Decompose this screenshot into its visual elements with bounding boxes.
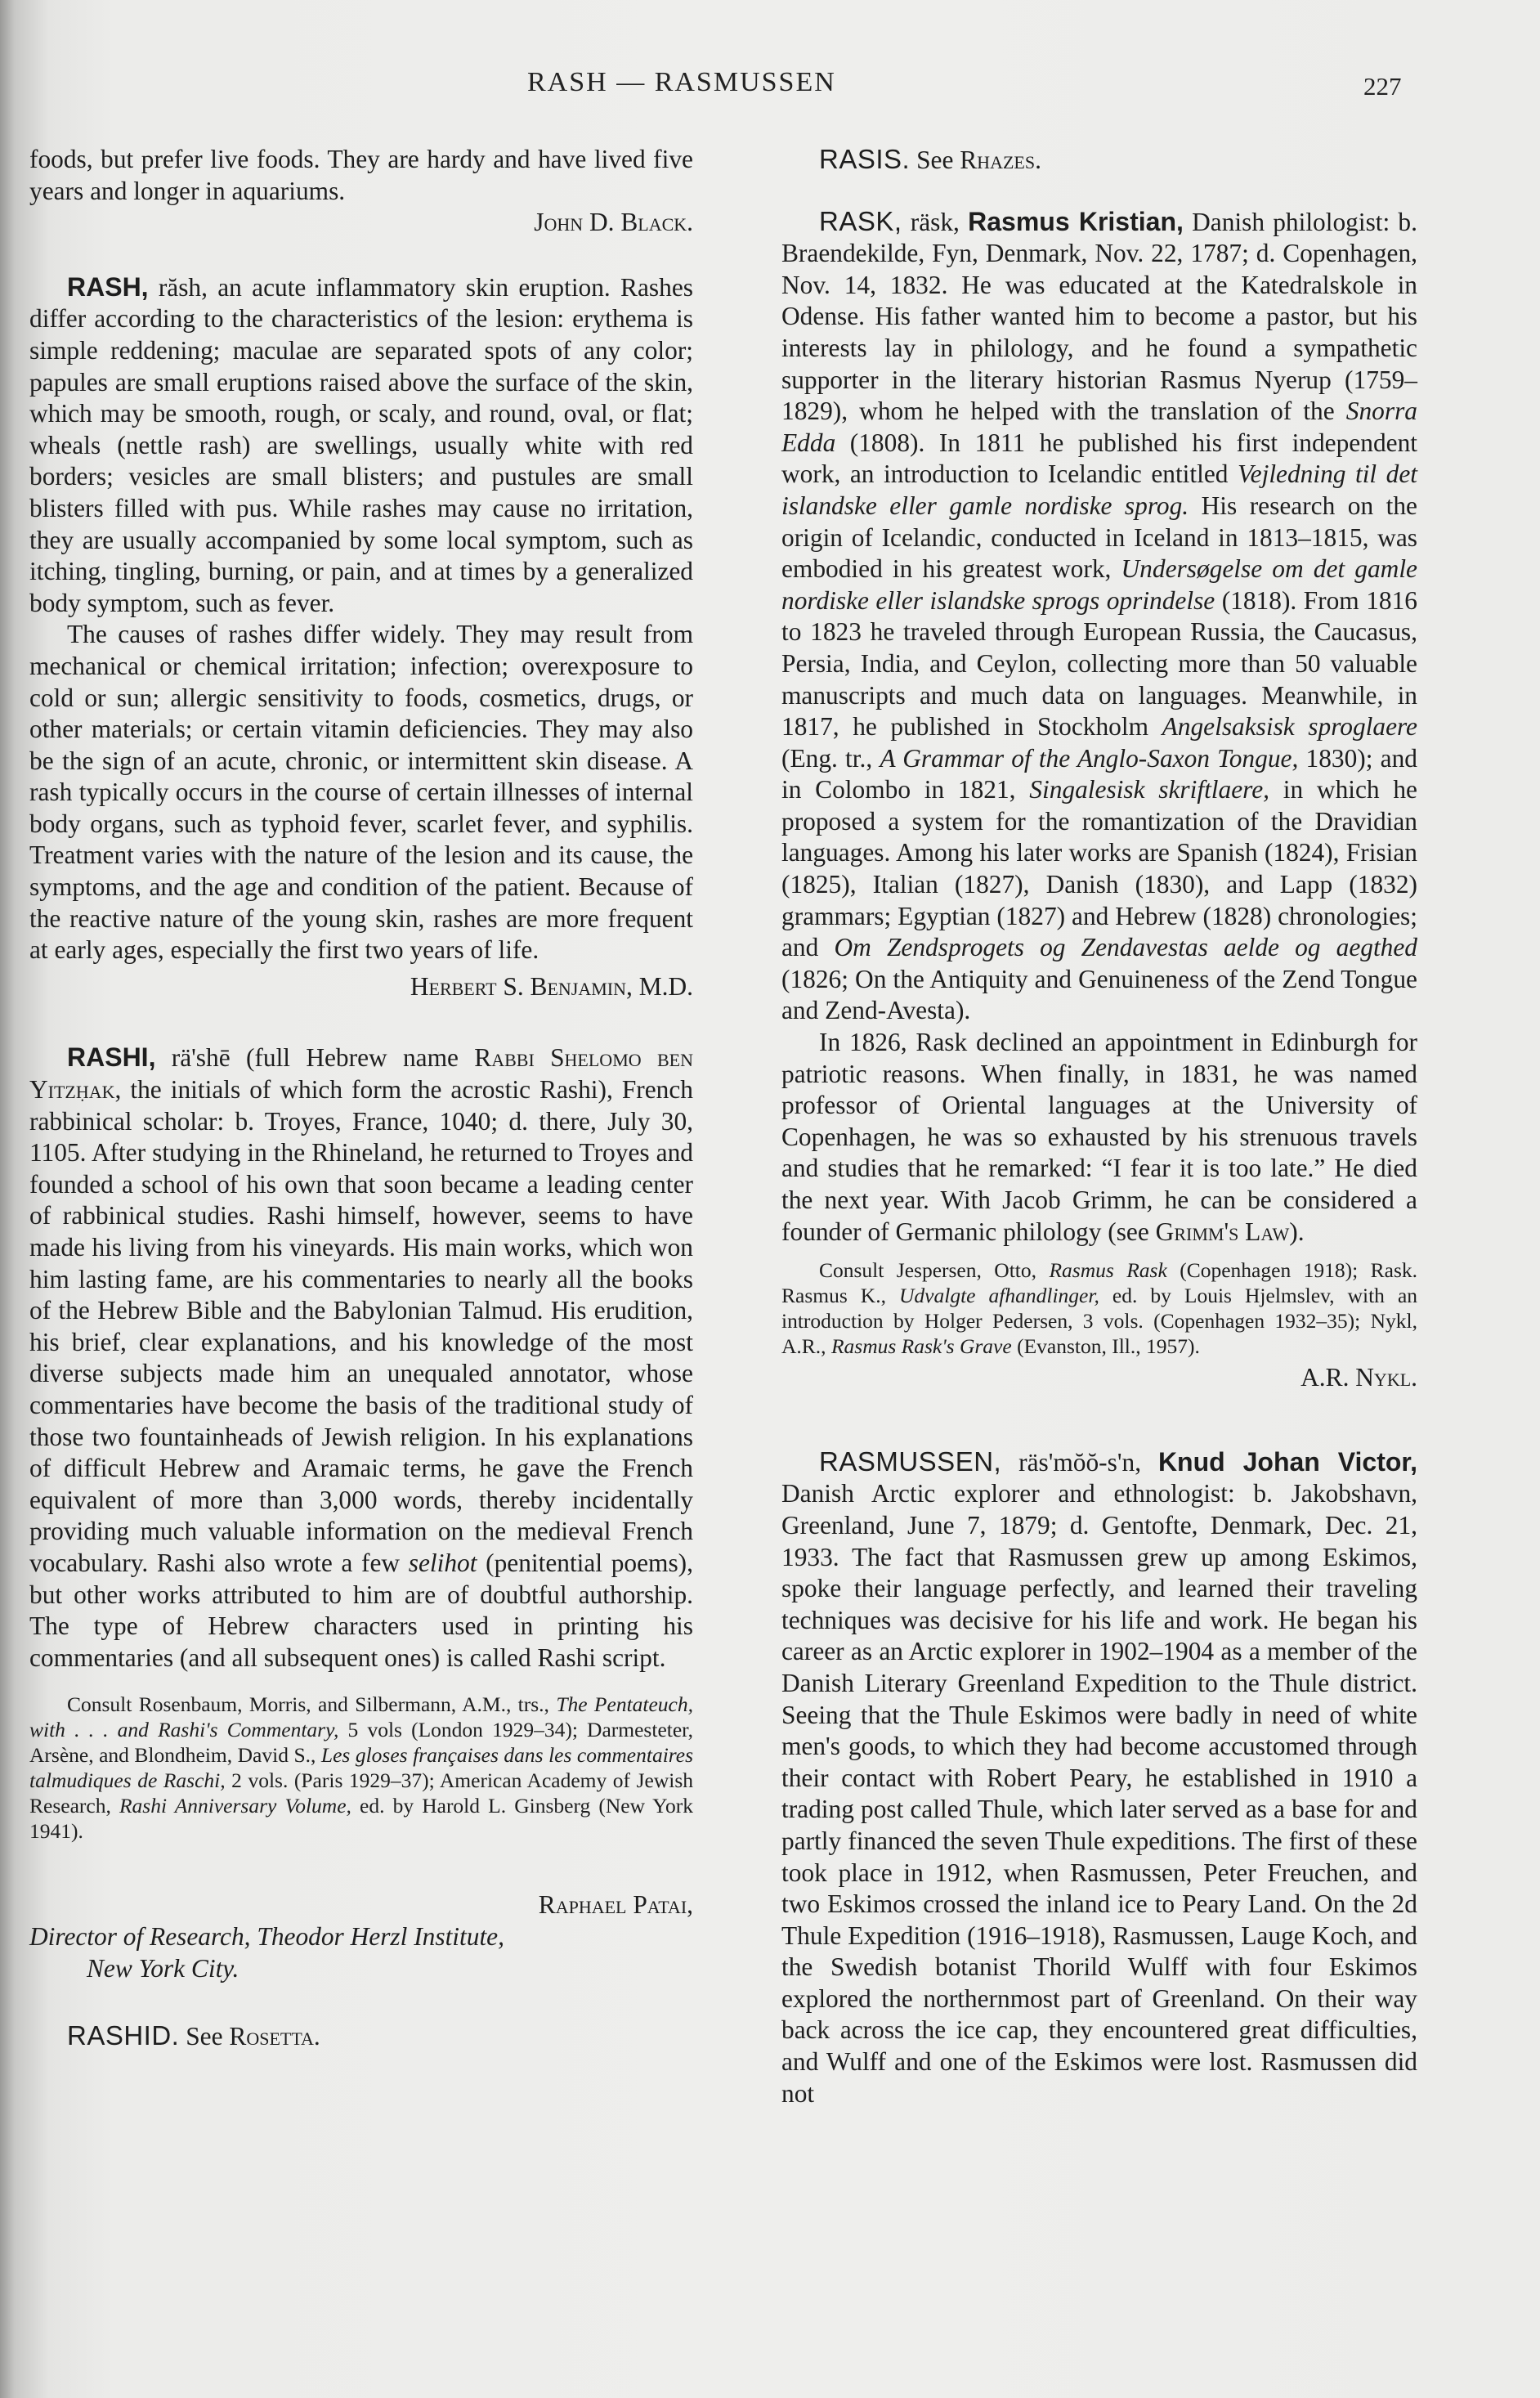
page-number: 227	[1363, 72, 1402, 101]
rash-para-1: an acute inflammatory skin eruption. Ras…	[29, 273, 693, 617]
rashi-para-1: the initials of which form the acrostic …	[29, 1075, 693, 1577]
biblio-text: Consult Jespersen, Otto,	[819, 1258, 1036, 1282]
entry-rask: RASK, räsk, Rasmus Kristian, Danish phil…	[781, 206, 1417, 1027]
pronunciation-rask: räsk,	[911, 208, 960, 236]
headword-rashi: RASHI,	[67, 1042, 155, 1072]
biblio-title: Rasmus Rask	[1049, 1258, 1166, 1282]
rashi-intro: (full Hebrew name	[246, 1043, 459, 1072]
see-label: See	[186, 2022, 222, 2051]
entry-rash: RASH, răsh, an acute inflammatory skin e…	[29, 271, 693, 620]
rasmussen-para-1: Danish Arctic explorer and ethnologist: …	[781, 1479, 1417, 2107]
bibliography-rashi: Consult Rosenbaum, Morris, and Silberman…	[29, 1692, 693, 1844]
entry-rashid: RASHID. See Rosetta.	[29, 2020, 693, 2053]
cross-reference-grimms-law[interactable]: Grimm's Law	[1156, 1217, 1290, 1246]
see-label: See	[916, 146, 953, 174]
continuation-text: foods, but prefer live foods. They are h…	[29, 144, 693, 207]
biblio-title: Rashi Anniversary Volume,	[119, 1794, 351, 1818]
headword-rasis: RASIS.	[819, 144, 910, 174]
term-selihot: selihot	[409, 1549, 477, 1577]
running-title: RASH — RASMUSSEN	[527, 67, 836, 98]
affiliation-line-1: Director of Research, Theodor Herzl Inst…	[29, 1922, 504, 1951]
pronunciation-rash: răsh,	[159, 273, 208, 302]
affiliation-line-2: New York City.	[29, 1953, 693, 1985]
headword-rasmussen: RASMUSSEN,	[819, 1446, 1001, 1477]
biblio-title: Udvalgte afhandlinger,	[899, 1284, 1099, 1307]
signature-nykl: A.R. Nykl.	[781, 1362, 1417, 1394]
signature-black: John D. Black.	[29, 207, 693, 239]
encyclopedia-page: RASH — RASMUSSEN 227 foods, but prefer l…	[0, 0, 1540, 2398]
entry-rasis: RASIS. See Rhazes.	[781, 144, 1417, 177]
pronunciation-rasmussen: räs'mŏŏ-s'n,	[1018, 1448, 1141, 1477]
cross-reference-rhazes[interactable]: Rhazes.	[960, 146, 1041, 174]
rask-text: (Eng. tr.,	[781, 744, 872, 773]
entry-rasmussen: RASMUSSEN, räs'mŏŏ-s'n, Knud Johan Victo…	[781, 1446, 1417, 2109]
entry-rashi: RASHI, rä'shē (full Hebrew name Rabbi Sh…	[29, 1042, 693, 1674]
signature-benjamin: Herbert S. Benjamin, M.D.	[29, 971, 693, 1003]
rash-para-2: The causes of rashes differ widely. They…	[29, 619, 693, 966]
biblio-title: Rasmus Rask's Grave	[831, 1334, 1012, 1358]
right-column: RASIS. See Rhazes. RASK, räsk, Rasmus Kr…	[781, 144, 1417, 2109]
left-column: foods, but prefer live foods. They are h…	[29, 144, 693, 2053]
title-grammar: A Grammar of the Anglo-Saxon Tongue,	[880, 744, 1298, 773]
rasmussen-name: Knud Johan Victor,	[1158, 1447, 1417, 1477]
rask-para-2: In 1826, Rask declined an appointment in…	[781, 1027, 1417, 1248]
rask-text: (1826; On the Antiquity and Genuineness …	[781, 965, 1417, 1025]
signature-patai: Raphael Patai,	[29, 1889, 693, 1921]
headword-rask: RASK,	[819, 206, 902, 236]
biblio-text: (Evanston, Ill., 1957).	[1017, 1334, 1200, 1358]
rask-name: Rasmus Kristian,	[968, 207, 1184, 236]
cross-reference-rosetta[interactable]: Rosetta.	[229, 2022, 320, 2051]
affiliation-patai: Director of Research, Theodor Herzl Inst…	[29, 1921, 693, 1984]
title-singalesisk: Singalesisk skriftlaere,	[1029, 775, 1269, 804]
title-angelsaksisk: Angelsaksisk sproglaere	[1162, 712, 1417, 741]
title-zend: Om Zendsprogets og Zendavestas aelde og …	[834, 933, 1417, 961]
headword-rash: RASH,	[67, 272, 149, 302]
rask-text: Danish philologist: b. Braendekilde, Fyn…	[781, 208, 1417, 426]
bibliography-rask: Consult Jespersen, Otto, Rasmus Rask (Co…	[781, 1257, 1417, 1359]
rask-text: ).	[1289, 1217, 1304, 1246]
pronunciation-rashi: rä'shē	[172, 1043, 231, 1072]
biblio-text: Consult Rosenbaum, Morris, and Silberman…	[67, 1692, 549, 1716]
headword-rashid: RASHID.	[67, 2020, 179, 2051]
rask-text: In 1826, Rask declined an appointment in…	[781, 1028, 1417, 1246]
